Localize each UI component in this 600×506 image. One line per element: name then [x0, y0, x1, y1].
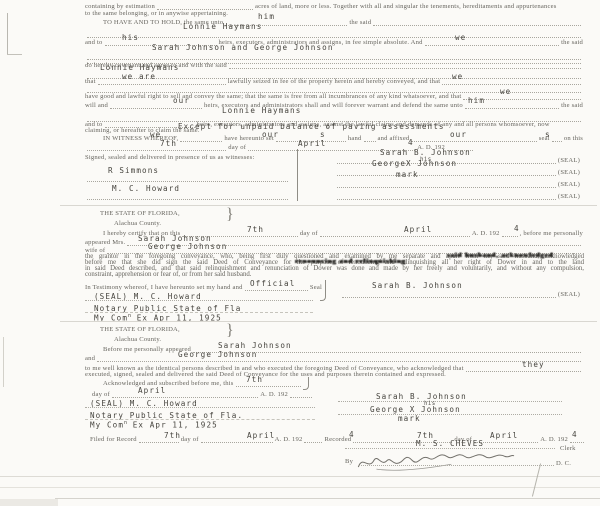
typed-s-1: s [320, 131, 326, 139]
typed-month-3: April [138, 387, 166, 395]
printed-presence: Signed, sealed and delivered in presence… [85, 154, 254, 162]
witness-line-2 [85, 192, 290, 201]
printed-the-said-2: the said [561, 39, 583, 47]
typed-month-1: April [298, 140, 326, 148]
printed-county-2: Alachua County. [114, 336, 161, 344]
form-line-ack-before: Acknowledged and subscribed before me, t… [103, 379, 303, 388]
typed-mark-annotation-2: mark [398, 415, 421, 423]
printed-testimony: In Testimony whereof, I have hereunto se… [85, 284, 243, 292]
commission-text: My Com [90, 421, 124, 430]
printed-ad192-5: A. D. 192 [540, 436, 568, 444]
seal-row-5: (SEAL) [340, 290, 580, 299]
witness-line-1 [85, 174, 290, 183]
printed-day-of-1: day of [228, 144, 246, 152]
printed-will-and: will and [85, 102, 108, 110]
printed-ad192-3: A. D. 192 [260, 391, 288, 399]
form-line-and: and [85, 354, 583, 363]
typed-they: they [522, 361, 545, 369]
seal-row-2: (SEAL) [335, 168, 580, 177]
typed-year-2: 4 [514, 225, 520, 233]
typed-him-2: him [468, 97, 485, 105]
section-divider-2 [60, 321, 597, 322]
blank-s-2 [552, 135, 562, 142]
typed-george-1: George Johnson [148, 243, 227, 251]
overstruck-text-1: said husband, acknowledged [447, 252, 553, 259]
blank-year-3 [290, 391, 312, 398]
commission-superscript: n [128, 313, 131, 319]
typed-day-4: 7th [164, 432, 181, 440]
form-line-before-appeared: Before me personally appeared [103, 345, 583, 354]
typed-our-2: our [262, 131, 279, 139]
typed-our-1: our [173, 97, 190, 105]
printed-ad192-2: A. D. 192 [472, 230, 500, 238]
typed-year-1: 4 [408, 139, 414, 147]
printed-and-affixed: and affixed [378, 135, 410, 143]
typed-george-2: George Johnson [178, 351, 257, 359]
typed-we-4: we [150, 131, 161, 139]
scan-artifact-diagonal [532, 463, 541, 496]
printed-the-said-1: the said [349, 19, 371, 27]
scan-artifact-left-tick [3, 337, 4, 387]
notary-underline-3 [85, 407, 315, 408]
printed-ad192-4: A. D. 192 [275, 436, 303, 444]
scan-artifact-left-bracket [7, 13, 8, 55]
typed-grantors: Sarah Johnson and George Johnson [152, 44, 334, 52]
printed-county-1: Alachua County. [114, 220, 161, 228]
notary-underline-1 [85, 300, 313, 301]
printed-day-of-4: day of [181, 436, 199, 444]
printed-by: By [345, 458, 353, 466]
signature-line [342, 291, 556, 298]
blank-s-1 [364, 135, 376, 142]
signature-line [337, 169, 556, 176]
typed-notary-commission-2: My Comn Ex Apr 11, 1925 [90, 419, 218, 430]
printed-seal-3: (SEAL) [558, 181, 580, 189]
typed-month-4: April [247, 432, 275, 440]
typed-his-1: his [122, 34, 139, 42]
printed-belonging: to the same belonging, or in anywise app… [85, 10, 228, 18]
scan-line-bottom-2 [0, 487, 600, 488]
printed-state-2: THE STATE OF FLORIDA, [100, 326, 180, 334]
form-line-have-hold: TO HAVE AND TO HOLD, the same unto the s… [103, 18, 583, 27]
typed-our-3: our [450, 131, 467, 139]
blank-we-are [98, 78, 226, 85]
printed-day-of-3: day of [92, 391, 110, 399]
typed-signature-george-1: GeorgeX Johnson [372, 160, 457, 168]
typed-mark-annotation-1: mark [396, 171, 419, 179]
seal-row-4: (SEAL) [335, 192, 580, 201]
signature-underline-1 [338, 401, 562, 402]
scan-artifact-corner [0, 499, 58, 506]
witness-column-divider [297, 149, 298, 201]
blank-we-4 [180, 135, 222, 142]
brace-icon-2: } [226, 323, 234, 339]
blank-our-3 [411, 135, 536, 142]
deputy-underline [358, 465, 554, 466]
form-line-executed: executed, signed, sealed and delivered t… [85, 370, 583, 379]
blank-month-2 [320, 230, 470, 237]
printed-seal-1: (SEAL) [558, 157, 580, 165]
printed-on-this: on this [564, 135, 583, 143]
printed-good-right: have good and lawful right to sell and c… [85, 93, 461, 101]
deed-record-page: containing by estimation acres of land, … [0, 0, 600, 506]
printed-seal-4: (SEAL) [558, 193, 580, 201]
blank-line [87, 31, 581, 38]
blank-day-1 [87, 144, 226, 151]
signature-line [337, 181, 556, 188]
printed-before-personally: , before me personally [520, 230, 583, 238]
commission-superscript: n [124, 420, 127, 426]
blank-we [425, 39, 559, 46]
printed-ack-before: Acknowledged and subscribed before me, t… [103, 380, 234, 388]
blank-year-4 [304, 436, 322, 443]
section-divider-1 [60, 205, 597, 206]
witness-underline [87, 175, 288, 182]
printed-and-to-1: and to [85, 39, 103, 47]
typed-year-5: 4 [572, 431, 578, 439]
typed-day-1: 7th [160, 140, 177, 148]
typed-signature-sarah-3: Sarah B. Johnson [376, 393, 467, 401]
form-line-belonging: to the same belonging, or in anywise app… [85, 9, 583, 18]
column-hook-1 [320, 280, 326, 301]
printed-executed: executed, signed, sealed and delivered t… [85, 371, 446, 379]
typed-we-2: we [452, 73, 463, 81]
scan-line-bottom-3 [55, 498, 600, 499]
overstruck-text-2: renouncing and relinquishing [295, 258, 406, 265]
typed-year-4: 4 [349, 431, 355, 439]
witness-underline [87, 193, 288, 200]
typed-him-1: him [258, 13, 275, 21]
signature-underline-2 [338, 414, 562, 415]
form-line-warrant: will and heirs, executors and administra… [85, 101, 583, 110]
printed-and-lc: and [85, 355, 95, 363]
form-line-day-of-3: day of A. D. 192 [92, 390, 314, 399]
typed-month-2: April [404, 226, 432, 234]
typed-day-2: 7th [247, 226, 264, 234]
blank-said-name [373, 19, 581, 26]
blank-month-3 [112, 391, 258, 398]
printed-state-1: THE STATE OF FLORIDA, [100, 210, 180, 218]
typed-we-are: we are [122, 73, 156, 81]
typed-s-2: s [545, 131, 551, 139]
printed-recorded: Recorded [324, 436, 351, 444]
commission-date: Ex Apr 11, 1925 [133, 421, 218, 430]
typed-signature-george-2: George X Johnson [370, 406, 461, 414]
printed-the-said-3: the said [561, 102, 583, 110]
typed-official: Official [250, 280, 295, 288]
printed-seal-5: (SEAL) [558, 291, 580, 299]
signature-line [337, 193, 556, 200]
typed-month-5: April [490, 432, 518, 440]
typed-day-3: 7th [246, 376, 263, 384]
seal-row-3: (SEAL) [335, 180, 580, 189]
typed-we-3: we [500, 88, 511, 96]
scan-artifact-left-bracket-foot [7, 54, 22, 55]
dower-paragraph-line-4: constraint, apprehension or fear of, or … [85, 272, 325, 278]
scan-line-bottom-1 [0, 476, 600, 477]
brace-icon-1: } [226, 207, 234, 223]
form-line-presence: Signed, sealed and delivered in presence… [85, 153, 295, 162]
typed-except-clause: Except for unpaid balance of paving asse… [178, 123, 445, 131]
blank-covenant-name [229, 62, 581, 69]
printed-clerk: Clerk [560, 445, 576, 453]
printed-dc: D. C. [556, 460, 571, 468]
printed-day-of-2: day of [300, 230, 318, 238]
blank-george-2 [97, 355, 581, 362]
printed-seal-2: (SEAL) [558, 169, 580, 177]
typed-we-1: we [455, 34, 466, 42]
printed-hand: hand [348, 135, 362, 143]
printed-filed: Filed for Record [90, 436, 137, 444]
typed-sarah-2: Sarah Johnson [218, 342, 292, 350]
typed-signature-sarah-2: Sarah B. Johnson [372, 282, 463, 290]
column-hook-2 [303, 377, 309, 390]
